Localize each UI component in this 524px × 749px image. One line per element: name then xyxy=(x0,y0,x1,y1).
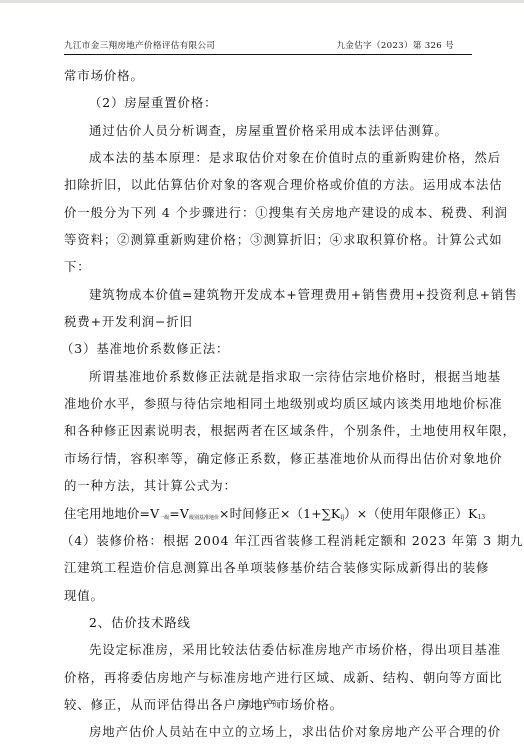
section-heading-technical-route: 2、估价技术路线 xyxy=(64,609,474,636)
formula-lhs: 住宅用地地价=V xyxy=(64,506,159,521)
text-line: 等资料；②测算重新购建价格；③测算折旧；④求取积算价格。计算公式如 xyxy=(64,226,474,253)
section-heading-house-replacement-price: （2）房屋重置价格： xyxy=(64,89,474,116)
text-line: 价格，再将委估房地产与标准房地产进行区域、成新、结构、朝向等方面比 xyxy=(64,664,474,691)
text-line: 所谓基准地价系数修正法就是指求取一宗待估宗地价格时，根据当地基 xyxy=(64,363,474,390)
formula-part: =V xyxy=(169,506,189,521)
header-document-number: 九金估字（2023）第 326 号 xyxy=(336,40,454,52)
text-line: 准地价水平，参照与待估宗地相同土地级别或均质区域内该类用地地价标准 xyxy=(64,390,474,417)
section-heading-benchmark-land-price: （3）基准地价系数修正法： xyxy=(61,335,474,362)
section-heading-decoration-price: （4）装修价格：根据 2004 年江西省装修工程消耗定额和 2023 年第 3 … xyxy=(61,527,474,554)
text-line: 先设定标准房，采用比较法估委估标准房地产市场价格，得出项目基准 xyxy=(64,636,474,663)
cost-formula-line: 税费+开发利润−折旧 xyxy=(64,308,474,335)
text-line: 常市场价格。 xyxy=(64,62,474,89)
formula-subscript: 一级 xyxy=(159,515,169,521)
text-line: 的一种方法，其计算公式为： xyxy=(64,472,474,499)
formula-subscript: 级别基准地价 xyxy=(189,515,219,521)
formula-part: ）×（使用年限修正）K xyxy=(344,506,477,521)
formula-part: ×时间修正×（1+∑K xyxy=(219,506,340,521)
text-line: 和各种修正因素说明表，根据两者在区域条件，个别条件，土地使用权年限， xyxy=(64,417,474,444)
header-company-name: 九江市金三翔房地产价格评估有限公司 xyxy=(64,40,215,52)
text-line: 通过估价人员分析调查，房屋重置价格采用成本法评估测算。 xyxy=(64,117,474,144)
text-line: 价一般分为下列 4 个步骤进行：①搜集有关房地产建设的成本、税费、利润 xyxy=(64,199,474,226)
text-line: 扣除折旧，以此估算估价对象的客观合理价格或价值的方法。运用成本法估 xyxy=(64,171,474,198)
text-line: 成本法的基本原理：是求取估价对象在价值时点的重新购建价格，然后 xyxy=(64,144,474,171)
text-line: 下： xyxy=(64,253,474,280)
text-line: 现值。 xyxy=(64,582,474,609)
text-line: 江建筑工程造价信息测算出各单项装修基价结合装修实际成新得出的装修 xyxy=(64,554,474,581)
document-body: 常市场价格。 （2）房屋重置价格： 通过估价人员分析调查，房屋重置价格采用成本法… xyxy=(64,62,474,746)
text-line: 市场行情，容积率等，确定修正系数，修正基准地价从而得出估价对象地价 xyxy=(64,445,474,472)
formula-subscript: 13 xyxy=(477,514,485,521)
page-number: 第 11 页 xyxy=(0,699,524,710)
land-price-formula: 住宅用地地价=V一级=V级别基准地价×时间修正×（1+∑Kij）×（使用年限修正… xyxy=(64,500,474,527)
page-header: 九江市金三翔房地产价格评估有限公司 九金估字（2023）第 326 号 xyxy=(64,40,472,55)
viewer-top-strip xyxy=(0,0,524,3)
text-line: 房地产估价人员站在中立的立场上，求出估价对象房地产公平合理的价 xyxy=(64,718,474,745)
cost-formula-line: 建筑物成本价值=建筑物开发成本+管理费用+销售费用+投资利息+销售 xyxy=(64,281,474,308)
